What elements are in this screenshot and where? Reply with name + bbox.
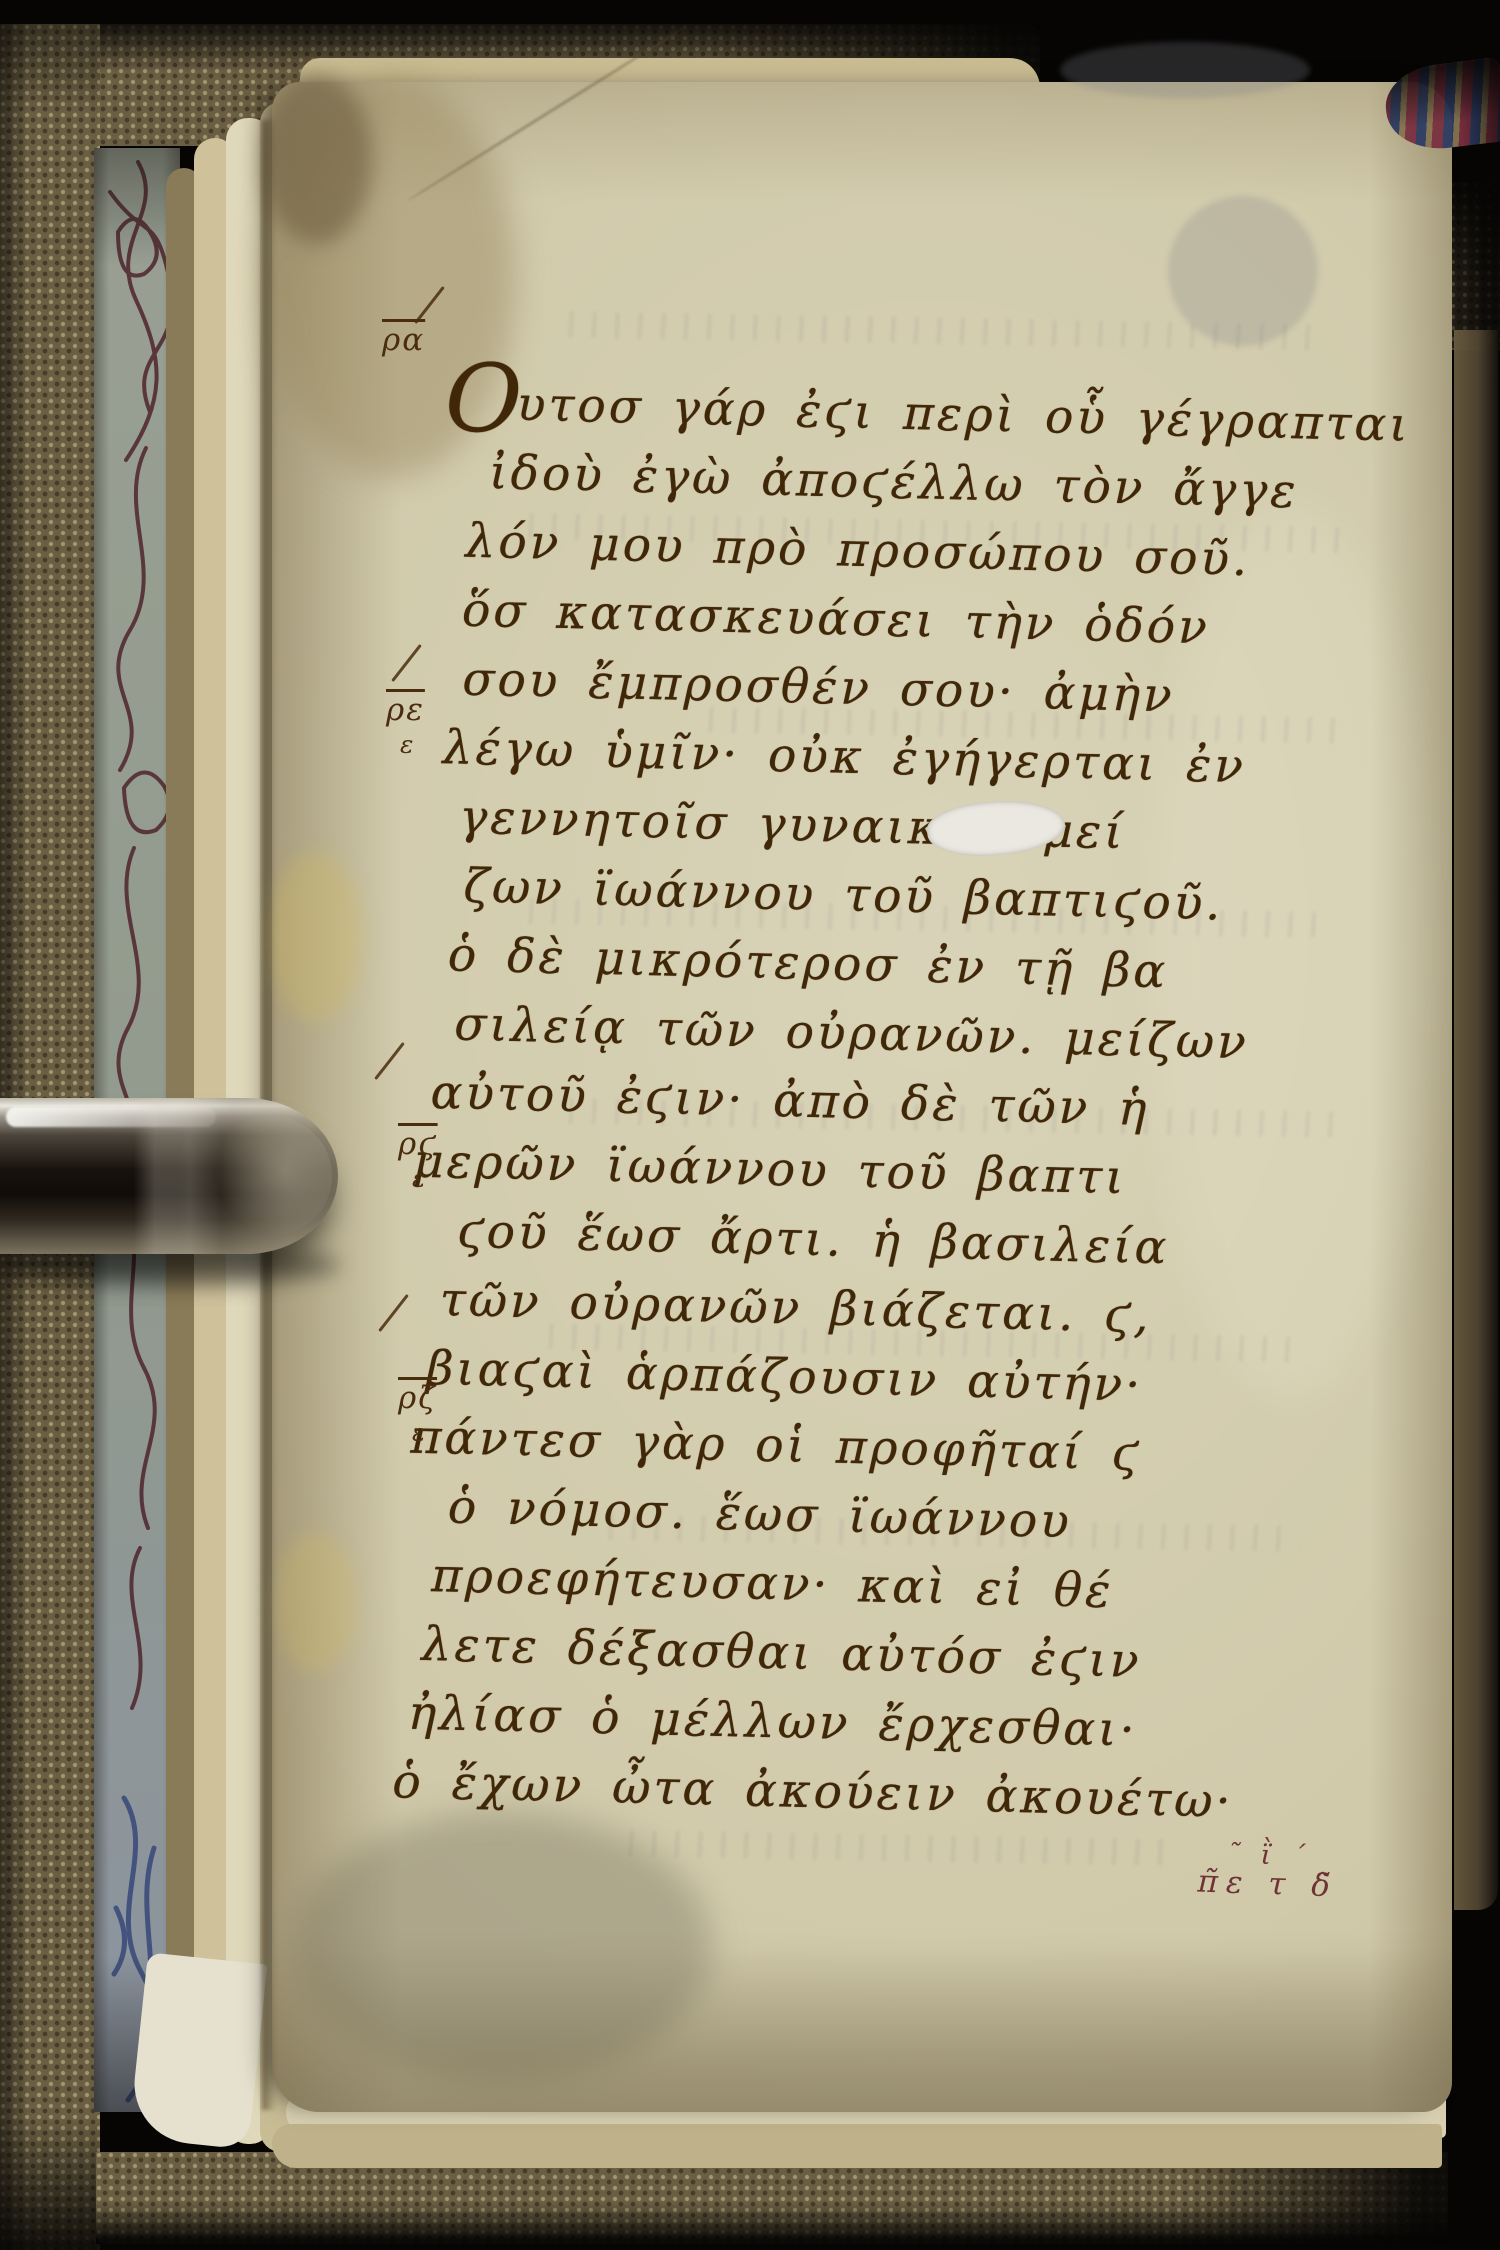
end-mark-row: π̃ε τ δ̃ — [1197, 1867, 1339, 1903]
text-line: υτοσ γάρ ἐϛι περὶ οὗ γέγραπται — [516, 377, 1411, 453]
pencil-smudge — [1060, 42, 1310, 98]
text-line: ϛοῦ ἕωσ ἄρτι. ἡ βασιλεία — [457, 1204, 1170, 1276]
canon-number: ε — [412, 1164, 438, 1193]
stain — [276, 1532, 356, 1672]
endband — [1381, 57, 1500, 155]
margin-section-number: ρα — [382, 322, 425, 360]
stain — [262, 74, 372, 244]
glass-weight — [0, 1098, 338, 1254]
margin-section-number: ρϛ ε — [398, 1126, 438, 1193]
text-line: λετε δέξασθαι αὐτόσ ἐϛιν — [421, 1617, 1142, 1689]
section-number: ρϛ — [398, 1126, 438, 1162]
section-number: ρζ — [398, 1380, 437, 1416]
text-line: ζων ϊωάννου τοῦ βαπτιϛοῦ. — [463, 859, 1224, 932]
text-line: αὐτοῦ ἐϛιν· ἀπὸ δὲ τῶν ἡ — [430, 1065, 1150, 1137]
text-line: ἰδοὺ ἐγὼ ἀποϛέλλω τὸν ἄγγε — [489, 445, 1299, 519]
text-line: ὅσ κατασκευάσει τὴν ὁδόν — [461, 583, 1210, 656]
section-number: ρε — [386, 692, 425, 728]
guard-leaf-edge — [129, 1952, 268, 2150]
quire-end-mark: ῀ ῒ ´ π̃ε τ δ̃ — [1197, 1840, 1339, 1903]
manuscript-photo: Ο υτοσ γάρ ἐϛι περὶ οὗ γέγραπται ἰδοὺ ἐγ… — [0, 0, 1500, 2250]
text-line: προεφήτευσαν· καὶ εἰ θέ — [431, 1548, 1114, 1619]
text-block: Ο υτοσ γάρ ἐϛι περὶ οὗ γέγραπται ἰδοὺ ἐγ… — [405, 360, 1470, 1884]
initial-letter: Ο — [444, 352, 523, 448]
text-line: βιαϛαὶ ἁρπάζουσιν αὐτήν· — [426, 1341, 1144, 1413]
text-line: ὁ ἔχων ὦτα ἀκούειν ἀκουέτω· — [392, 1754, 1234, 1829]
stain — [268, 852, 363, 1022]
text-line: σου ἔμπροσθέν σου· ἀμὴν — [462, 652, 1176, 724]
margin-section-number: ρζ ε — [398, 1380, 437, 1447]
text-line: μερῶν ϊωάννου τοῦ βαπτι — [412, 1134, 1127, 1206]
pencil-smudge — [1168, 196, 1318, 346]
text-line: λόν μου πρὸ προσώπου σοῦ. — [465, 514, 1251, 587]
stain — [272, 1950, 1452, 2112]
text-line: σιλείᾳ τῶν οὐρανῶν. μείζων — [454, 997, 1250, 1071]
text-line: ὁ νόμοσ. ἕωσ ϊωάννου — [447, 1480, 1072, 1550]
text-line: ὁ δὲ μικρότεροσ ἐν τῇ βα — [447, 927, 1168, 999]
section-number: ρα — [382, 322, 425, 358]
canon-number: ε — [400, 730, 425, 759]
next-leaf-edge — [1454, 330, 1498, 1910]
text-line: λέγω ὑμῖν· οὐκ ἐγήγερται ἐν — [442, 720, 1246, 794]
canon-number: ε — [412, 1418, 437, 1447]
page-edge-bottom — [272, 2124, 1442, 2168]
text-line: τῶν οὐρανῶν βιάζεται. ϛ, — [439, 1272, 1152, 1344]
margin-section-number: ρε ε — [386, 692, 425, 759]
text-line: πάντεσ γὰρ οἱ προφῆταί ϛ — [410, 1410, 1142, 1482]
text-line: ἠλίασ ὁ μέλλων ἔρχεσθαι· — [407, 1686, 1138, 1758]
